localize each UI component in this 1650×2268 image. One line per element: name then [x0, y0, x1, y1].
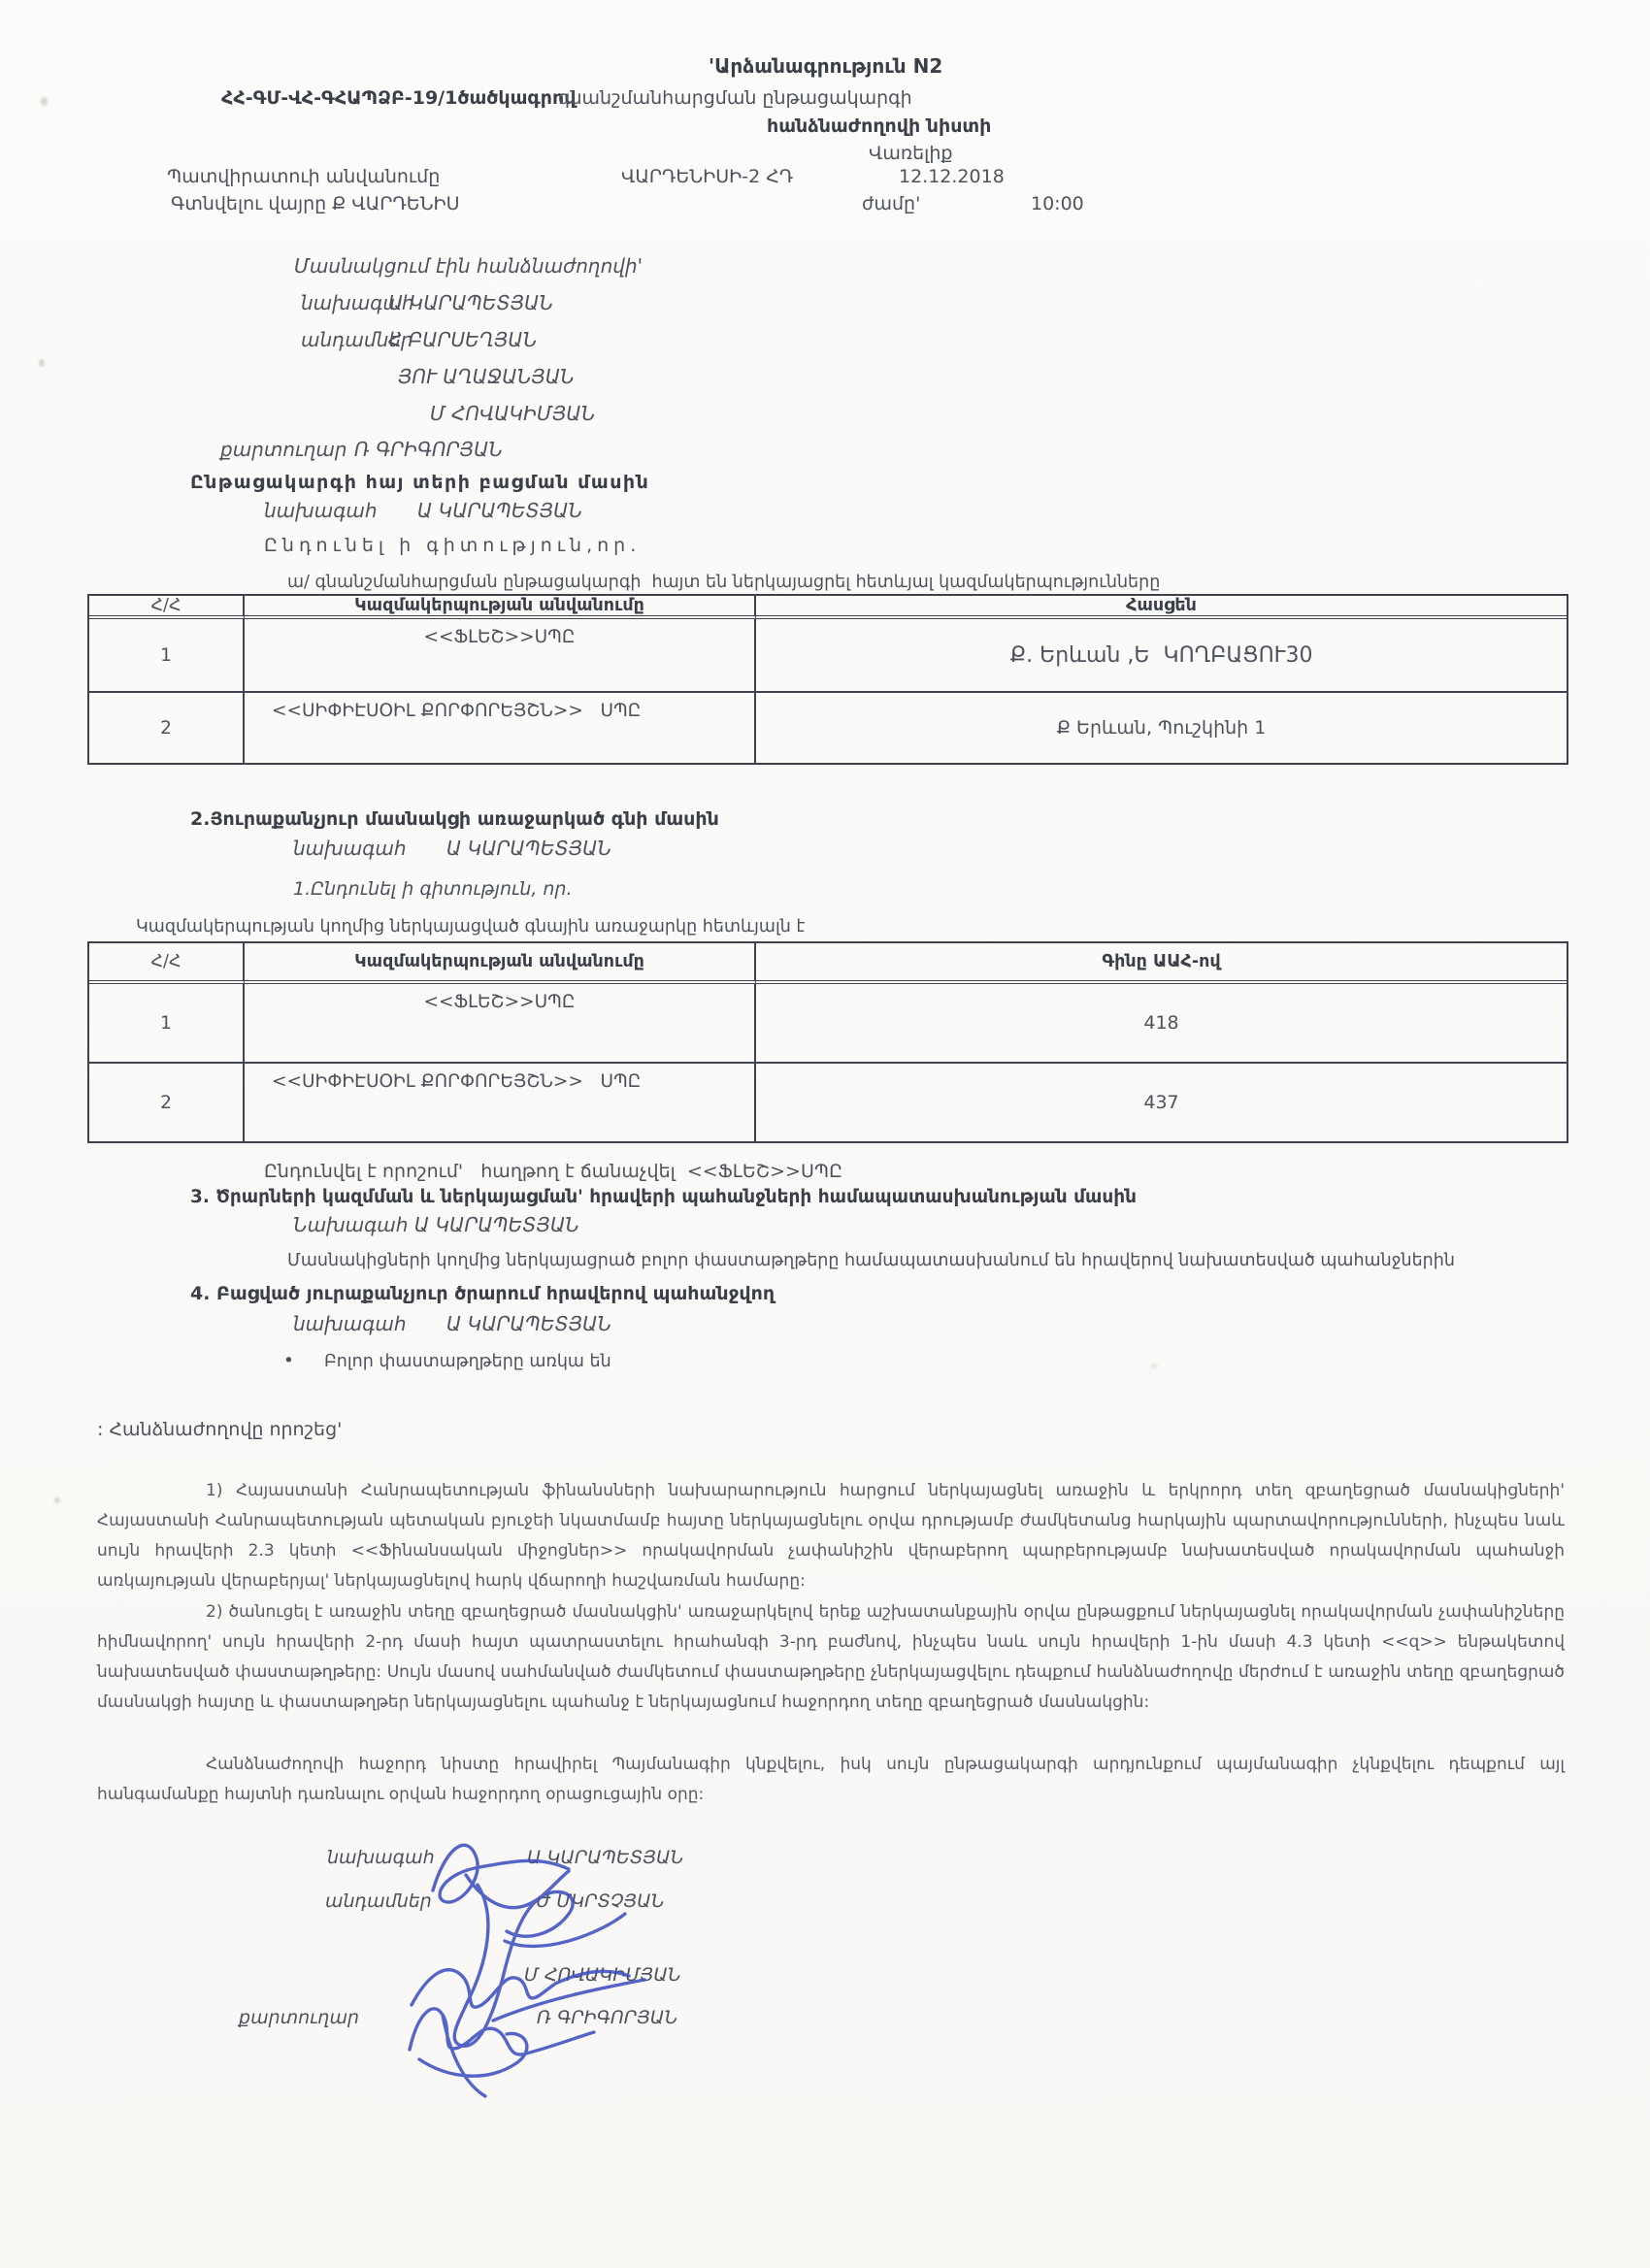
table-header-num: Հ/Հ [89, 943, 245, 984]
table-header-org: Կազմակերպության անվանումը [245, 943, 756, 984]
subject: Վառելիք [869, 143, 952, 164]
signature-member-name: Ժ ՄԿՐՏՉՅԱՆ [537, 1890, 665, 1912]
scan-artifact [39, 359, 45, 367]
section-4-chair-label: նախագահ [293, 1312, 407, 1335]
signature-secretary-label: քարտուղար [239, 2007, 359, 2028]
table-row-org: <<ՖԼԵՇ>>ՍՊԸ [245, 619, 756, 693]
bullet-marker: • [283, 1351, 294, 1371]
section-4-heading: 4. Բացված յուրաքանչյուր ծրարում հրավերով… [190, 1283, 775, 1304]
resolution-intro: : Հանձնաժողովը որոշեց' [97, 1419, 342, 1440]
scan-artifact [1150, 1364, 1158, 1368]
table-row-num: 1 [89, 619, 245, 693]
secretary-label: քարտուղար [220, 438, 347, 461]
section-1-chair-name: Ա ԿԱՐԱՊԵՏՅԱՆ [417, 499, 582, 522]
table-row-num: 2 [89, 693, 245, 763]
section-2-chair-name: Ա ԿԱՐԱՊԵՏՅԱՆ [446, 837, 611, 860]
table-header-price: Գինը ԱԱՀ-ով [756, 943, 1567, 984]
procedure-type: գնանշմանհարցման ընթացակարգի [558, 87, 912, 109]
scan-artifact [41, 97, 48, 106]
section-1-point-a: ա/ գնանշմանհարցման ընթացակարգի հայտ են ն… [287, 573, 1160, 592]
resolution-paragraph-2: 2) ծանուցել է առաջին տեղը զբաղեցրած մասն… [97, 1597, 1565, 1718]
participants-intro: Մասնակցում էին հանձնաժողովի' [294, 254, 643, 278]
customer-value: ՎԱՐԴԵՆԻՍԻ-2 ՀԴ [621, 166, 793, 187]
doc-title: 'Արձանագրություն N2 [709, 54, 942, 78]
signature-member-name: Մ ՀՈՎԱԿԻՄՅԱՆ [524, 1964, 681, 1986]
table-row-address: Ք Երևան, Պուշկինի 1 [756, 693, 1567, 763]
bidders-address-table: Հ/Հ Կազմակերպության անվանումը Հասցեն 1 <… [87, 594, 1568, 765]
table-header-num: Հ/Հ [89, 596, 245, 619]
section-2-heading: 2.Յուրաքանչյուր մասնակցի առաջարկած գնի մ… [190, 808, 719, 830]
signature-chairman-name: Ա ԿԱՐԱՊԵՏՅԱՆ [527, 1847, 684, 1868]
table-header-org: Կազմակերպության անվանումը [245, 596, 756, 619]
member-name: ՅՈՒ ԱՂԱՋԱՆՅԱՆ [398, 365, 575, 388]
section-4-chair-name: Ա ԿԱՐԱՊԵՏՅԱՆ [446, 1312, 611, 1335]
section-1-note: Ընդունել ի գիտություն,որ. [264, 535, 641, 556]
resolution-paragraph-1: 1) Հայաստանի Հանրապետության ֆինանսների ն… [97, 1476, 1565, 1596]
session-date: 12.12.2018 [899, 166, 1005, 187]
time-label: ժամը' [862, 193, 920, 214]
member-name: Հ ԲԱՐՍԵՂՅԱՆ [388, 328, 537, 351]
section-2-note: 1.Ընդունել ի գիտություն, որ. [293, 878, 573, 900]
procedure-code: ՀՀ-ԳՄ-ՎՀ-ԳՀԱՊՁԲ-19/1ծածկագրով [221, 87, 576, 109]
section-3-body: Մասնակիցների կողմից ներկայացրած բոլոր փա… [287, 1251, 1455, 1270]
table-row-org: <<ՖԼԵՇ>>ՍՊԸ [245, 984, 756, 1064]
section-1-heading: Ընթացակարգի հայ տերի բացման մասին [190, 472, 649, 493]
section-4-bullet: Բոլոր փաստաթղթերը առկա են [324, 1352, 611, 1371]
resolution-paragraph-3: Հանձնաժողովի հաջորդ նիստը հրավիրել Պայմա… [97, 1750, 1565, 1810]
member-name: Մ ՀՈՎԱԿԻՄՅԱՆ [430, 402, 595, 425]
scan-artifact [54, 1497, 60, 1503]
location-label: Գտնվելու վայրը [171, 193, 326, 214]
table-row-num: 1 [89, 984, 245, 1064]
bidders-price-table: Հ/Հ Կազմակերպության անվանումը Գինը ԱԱՀ-ո… [87, 941, 1568, 1143]
signature-secretary-name: Ռ ԳՐԻԳՈՐՅԱՆ [537, 2007, 677, 2028]
table-row-org: <<ՍԻՓԻԷՍՕԻԼ ՔՈՐՓՈՐԵՅՇՆ>> ՍՊԸ [245, 1064, 756, 1141]
secretary-name: Ռ ԳՐԻԳՈՐՅԱՆ [354, 438, 503, 461]
signature-chairman-label: նախագահ [327, 1847, 435, 1868]
signature-members-label: անդամներ [325, 1890, 432, 1912]
time-value: 10:00 [1031, 193, 1084, 214]
section-3-heading: 3. Ծրարների կազմման և ներկայացման' հրավե… [190, 1187, 1137, 1207]
session-line: հանձնաժողովի նիստի [767, 115, 991, 137]
section-2-chair-label: նախագահ [293, 837, 407, 860]
table-row-price: 418 [756, 984, 1567, 1064]
chairman-name: Ա ԿԱՐԱՊԵՏՅԱՆ [388, 291, 553, 314]
table-row-org: <<ՍԻՓԻԷՍՕԻԼ ՔՈՐՓՈՐԵՅՇՆ>> ՍՊԸ [245, 693, 756, 763]
table-row-address: Ք. Երևան ,Ե ԿՈՂԲԱՑՈՒ30 [756, 619, 1567, 693]
table-header-address: Հասցեն [756, 596, 1567, 619]
table-row-num: 2 [89, 1064, 245, 1141]
customer-label: Պատվիրատուի անվանումը [167, 166, 440, 187]
section-1-chair-label: նախագահ [264, 499, 378, 522]
location-value: Ք ՎԱՐԴԵՆԻՍ [332, 193, 460, 214]
section-2-line: Կազմակերպության կողմից ներկայացված գնայի… [136, 917, 805, 937]
table-row-price: 437 [756, 1064, 1567, 1141]
scanned-protocol-page: 'Արձանագրություն N2 ՀՀ-ԳՄ-ՎՀ-ԳՀԱՊՁԲ-19/1… [0, 0, 1650, 2268]
section-3-chair-line: Նախագահ Ա ԿԱՐԱՊԵՏՅԱՆ [293, 1213, 579, 1236]
decision-line: Ընդունվել է որոշում' հաղթող է ճանաչվել <… [264, 1161, 842, 1182]
